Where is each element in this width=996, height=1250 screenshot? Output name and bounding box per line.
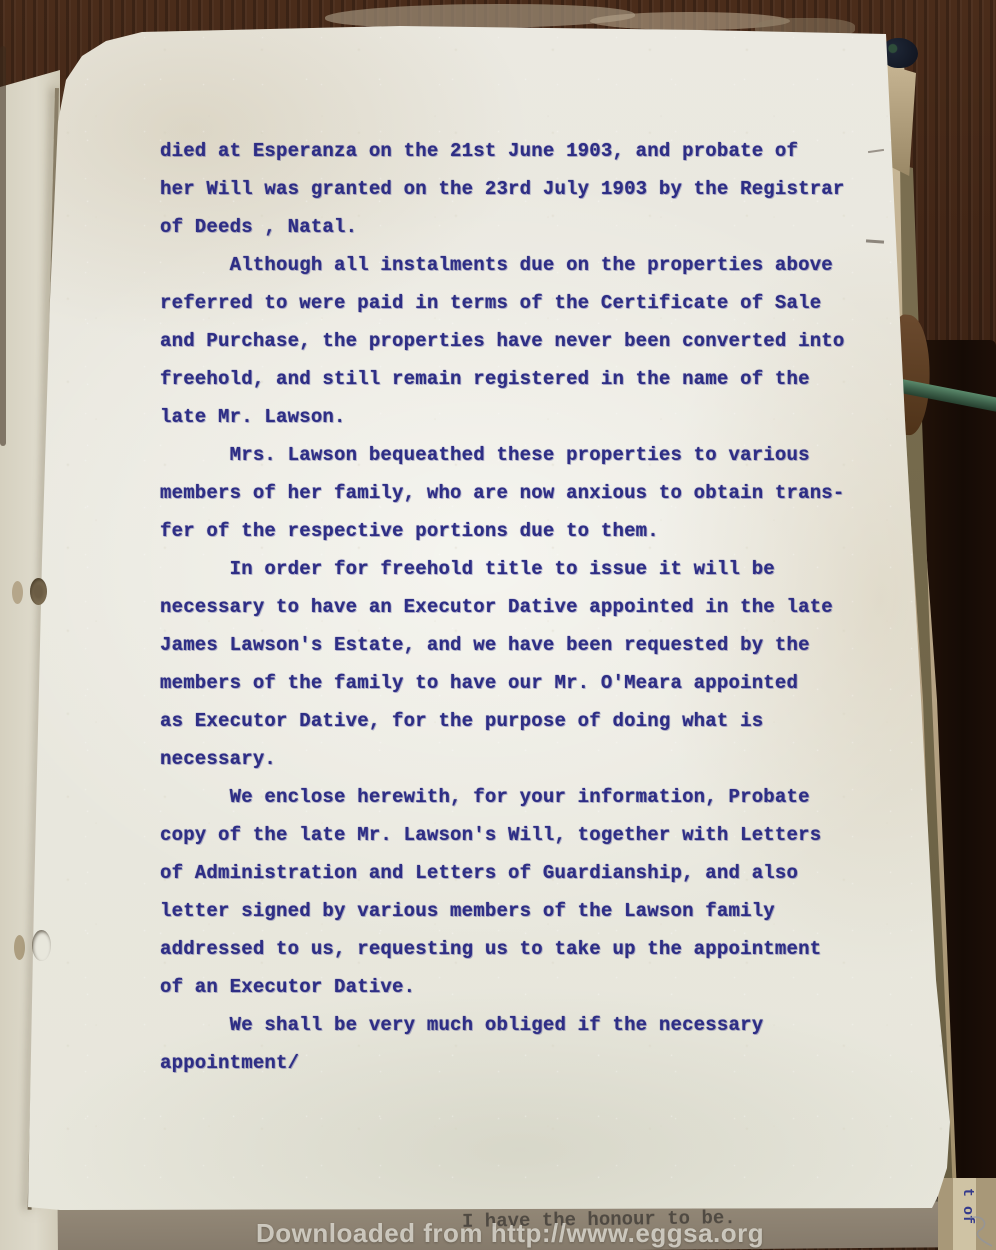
typed-line: We shall be very much obliged if the nec… bbox=[160, 1006, 920, 1044]
torn-paper-scrap bbox=[325, 1, 635, 30]
typed-line: letter signed by various members of the … bbox=[160, 892, 920, 930]
typed-line: appointment/ bbox=[160, 1044, 920, 1082]
typed-line: of Administration and Letters of Guardia… bbox=[160, 854, 920, 892]
typed-line: James Lawson's Estate, and we have been … bbox=[160, 626, 920, 664]
typed-line: as Executor Dative, for the purpose of d… bbox=[160, 702, 920, 740]
punch-hole-half-bottom bbox=[14, 935, 25, 960]
punch-hole-half-top bbox=[12, 581, 23, 604]
typed-line: her Will was granted on the 23rd July 19… bbox=[160, 170, 920, 208]
typed-line: In order for freehold title to issue it … bbox=[160, 550, 920, 588]
typed-line: necessary to have an Executor Dative app… bbox=[160, 588, 920, 626]
scanned-letter-photo: I have the honour to be. t of died at Es… bbox=[0, 0, 996, 1250]
punch-hole-top bbox=[30, 578, 47, 605]
typed-line: freehold, and still remain registered in… bbox=[160, 360, 920, 398]
typed-line: fer of the respective portions due to th… bbox=[160, 512, 920, 550]
gutter-dark-sliver bbox=[0, 46, 6, 446]
typed-line: copy of the late Mr. Lawson's Will, toge… bbox=[160, 816, 920, 854]
typed-line: necessary. bbox=[160, 740, 920, 778]
pen-scribble bbox=[966, 1212, 996, 1250]
typed-line: Although all instalments due on the prop… bbox=[160, 246, 920, 284]
letter-body: died at Esperanza on the 21st June 1903,… bbox=[160, 132, 920, 1082]
typed-line: of Deeds , Natal. bbox=[160, 208, 920, 246]
typed-line: late Mr. Lawson. bbox=[160, 398, 920, 436]
eggsa-watermark: Downloaded from http://www.eggsa.org bbox=[256, 1218, 764, 1249]
typed-line: and Purchase, the properties have never … bbox=[160, 322, 920, 360]
typed-line: referred to were paid in terms of the Ce… bbox=[160, 284, 920, 322]
typed-line: members of the family to have our Mr. O'… bbox=[160, 664, 920, 702]
typed-line: Mrs. Lawson bequeathed these properties … bbox=[160, 436, 920, 474]
typed-line: died at Esperanza on the 21st June 1903,… bbox=[160, 132, 920, 170]
punch-hole-bottom bbox=[32, 930, 51, 961]
typed-line: addressed to us, requesting us to take u… bbox=[160, 930, 920, 968]
typed-line: We enclose herewith, for your informatio… bbox=[160, 778, 920, 816]
typed-line: of an Executor Dative. bbox=[160, 968, 920, 1006]
typed-line: members of her family, who are now anxio… bbox=[160, 474, 920, 512]
